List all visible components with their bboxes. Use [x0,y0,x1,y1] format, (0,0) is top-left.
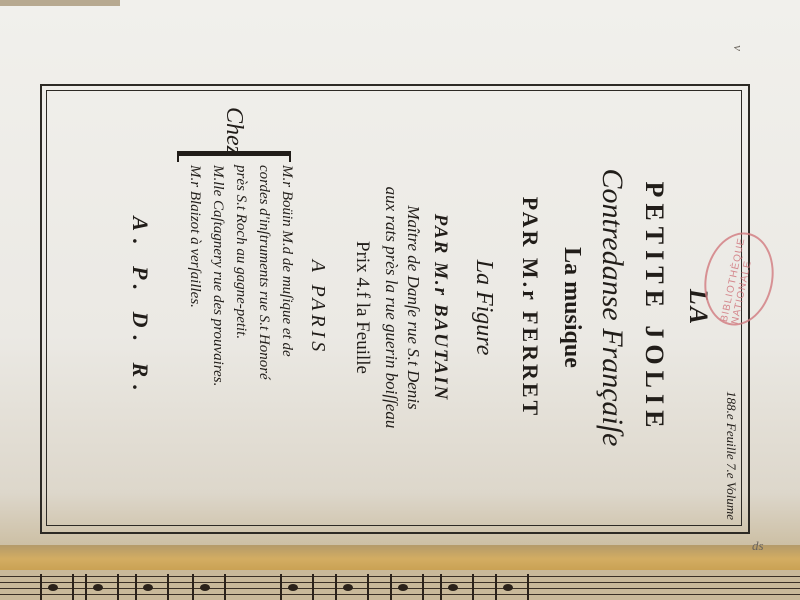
title-page-text: 188.e Feuille 7.e Volume LA PETITE JOLIE… [57,95,747,520]
music-note-icon [390,574,424,600]
pencil-mark: ds [752,538,764,554]
music-note-icon [192,574,226,600]
seller-line: M.r Blaizot à verſailles. [186,165,203,308]
music-note-icon [335,574,369,600]
music-note-icon [440,574,474,600]
seller-line: près S.t Roch au gagne-petit. [232,165,249,339]
subtitle: Contredanse Françaiſe [595,95,629,520]
figure-author-address-2: aux rats près la rue guerin boiſſeau [381,95,401,520]
figure-label: La Figure [470,95,497,520]
city: A PARIS [306,95,329,520]
binding-strip [0,545,800,573]
sheet-music-strip [0,570,800,600]
music-note-icon [85,574,119,600]
page-edge [0,0,120,6]
title: PETITE JOLIE [639,95,669,520]
seller-line: cordes d'inſtruments rue S.t Honoré [255,165,272,380]
sellers-intro: Chez [220,107,247,155]
music-author: PAR M.r FERRET [517,95,543,520]
music-note-icon [280,574,314,600]
music-note-icon [135,574,169,600]
bracket-icon [177,151,291,162]
sellers-block: Chez M.r Boüin M.d de muſique et de cord… [169,95,299,520]
music-note-icon [40,574,74,600]
seller-line: M.r Boüin M.d de muſique et de [278,165,295,357]
figure-author-address-1: Maître de Danſe rue S.t Denis [403,95,423,520]
seller-line: M.lle Caſtagnery rue des prouvaires. [209,165,226,386]
price: Prix 4.f la Feuille [351,95,373,520]
pencil-mark: v [730,45,746,51]
privilege-mark: A. P. D. R. [127,95,153,520]
music-label: La musique [558,95,585,520]
figure-author: PAR M.r BAUTAIN [429,95,451,520]
music-note-icon [495,574,529,600]
